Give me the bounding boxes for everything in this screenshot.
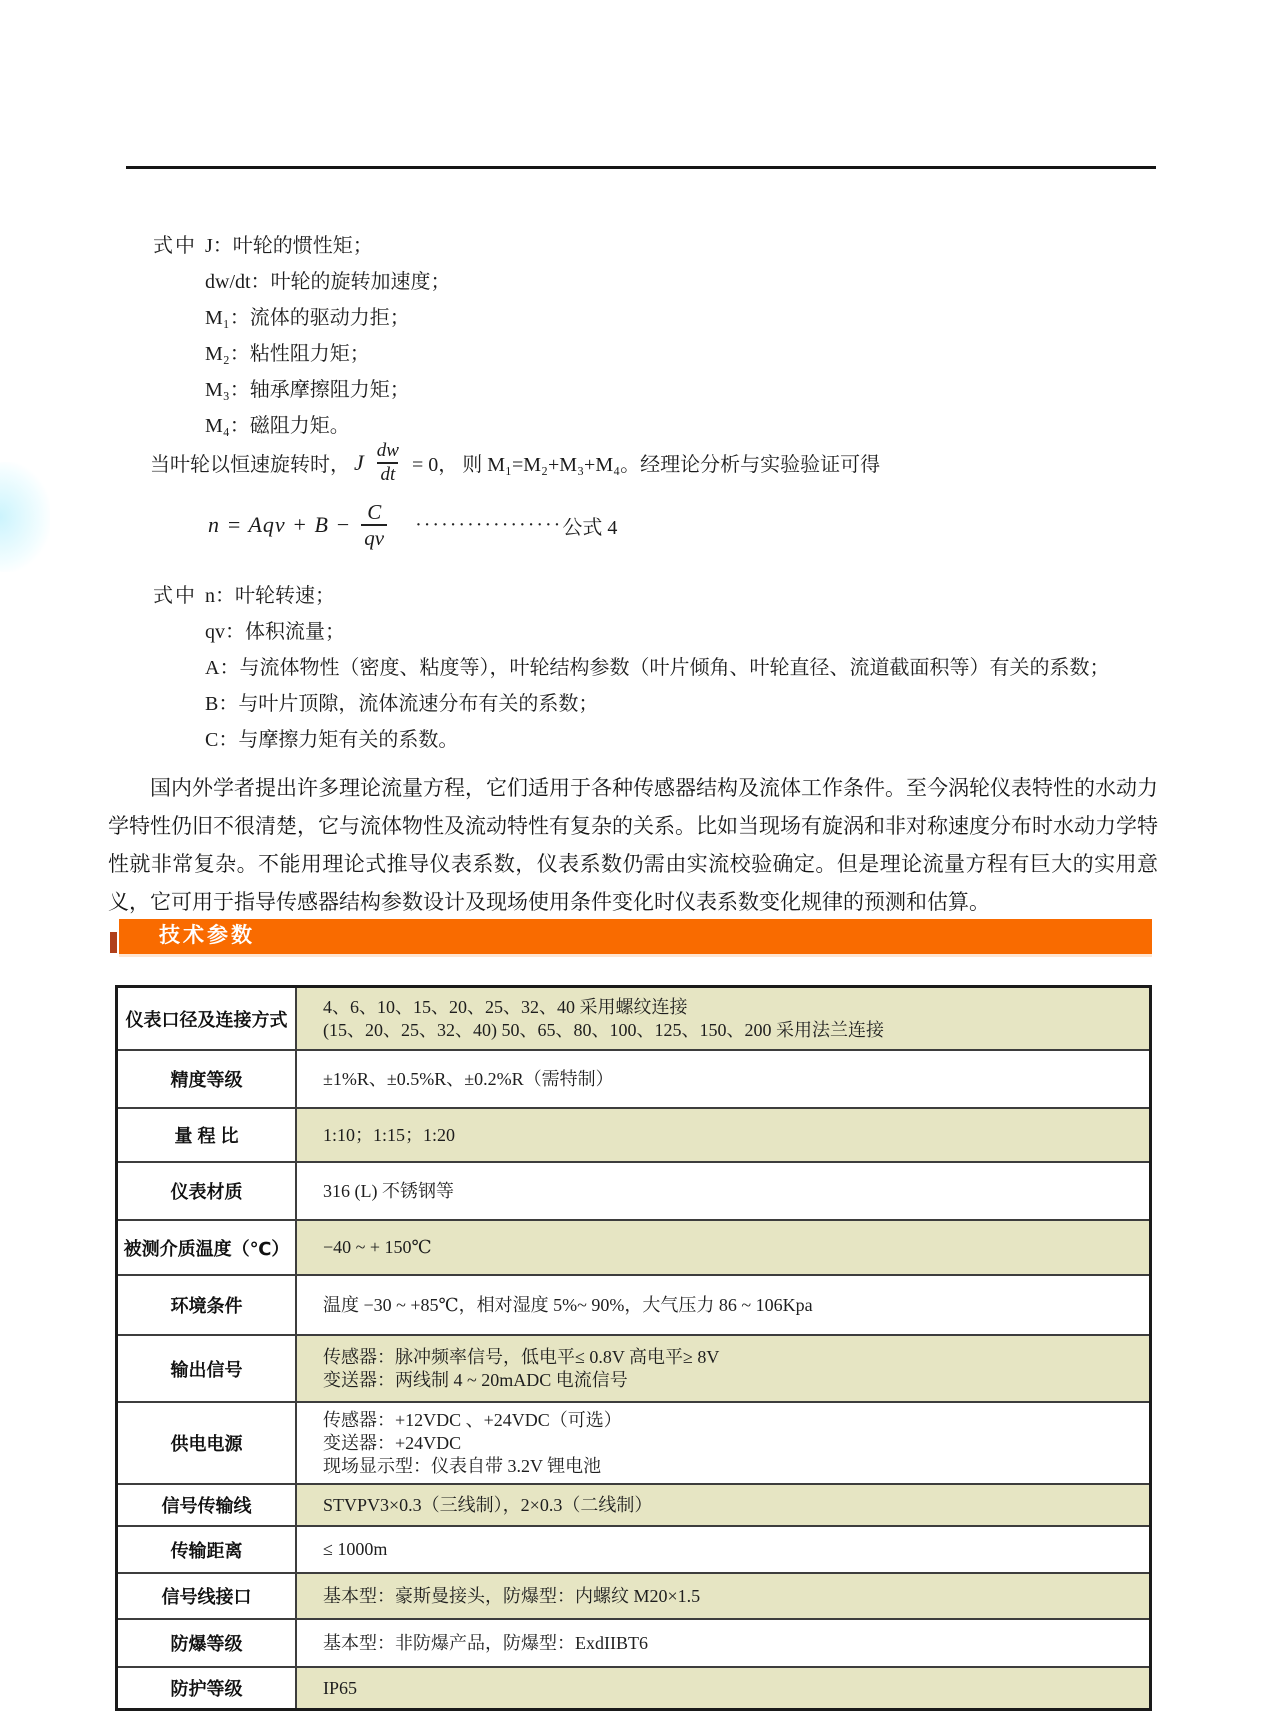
spec-value: 传感器：+12VDC 、+24VDC（可选）变送器：+24VDC现场显示型：仪表… xyxy=(296,1402,1151,1484)
definition-line: n：叶轮转速； xyxy=(205,578,1109,614)
formula-4: n = Aqv + B − C qv ················· 公式 … xyxy=(208,500,617,550)
definition-term: C： xyxy=(205,729,238,751)
formula-intro-text: 当叶轮以恒速旋转时， xyxy=(150,448,350,477)
spec-value-line: ≤ 1000m xyxy=(323,1538,1139,1561)
spec-table-row: 信号传输线 STVPV3×0.3（三线制），2×0.3（二线制） xyxy=(117,1484,1151,1526)
scan-artifact xyxy=(0,462,50,572)
spec-label: 防爆等级 xyxy=(117,1619,297,1667)
definition-term: J： xyxy=(205,235,233,257)
definition-description: 粘性阻力矩； xyxy=(250,343,370,365)
spec-value: 基本型：非防爆产品，防爆型：ExdIIBT6 xyxy=(296,1619,1151,1667)
definition-list: n：叶轮转速； qv：体积流量； A：与流体物性（密度、粘度等），叶轮结构参数（… xyxy=(205,578,1109,758)
definition-line: M₃：轴承摩擦阻力矩； xyxy=(205,372,451,408)
definition-description: 流体的驱动力拒； xyxy=(250,307,410,329)
fraction-denominator: dt xyxy=(377,462,398,486)
definition-term: B： xyxy=(205,693,238,715)
definition-description: 叶轮转速； xyxy=(235,585,335,607)
definition-line: B：与叶片顶隙，流体流速分布有关的系数； xyxy=(205,686,1109,722)
where-label: 式中 xyxy=(153,578,205,614)
spec-value-line: 传感器：脉冲频率信号，低电平≤ 0.8V 高电平≥ 8V xyxy=(323,1346,1139,1369)
formula3-definitions: 式中 J：叶轮的惯性矩； dw/dt：叶轮的旋转加速度； M₁：流体的驱动力拒；… xyxy=(153,228,451,444)
spec-label: 被测介质温度（℃） xyxy=(117,1220,297,1275)
spec-table-row: 被测介质温度（℃） −40 ~ + 150℃ xyxy=(117,1220,1151,1275)
definition-description: 与流体物性（密度、粘度等），叶轮结构参数（叶片倾角、叶轮直径、流道截面积等）有关… xyxy=(239,657,1109,679)
spec-value: STVPV3×0.3（三线制），2×0.3（二线制） xyxy=(296,1484,1151,1526)
fraction-dw-dt: dw dt xyxy=(374,440,402,486)
section-title: 技术参数 xyxy=(119,919,1152,953)
spec-value: 316 (L) 不锈钢等 xyxy=(296,1162,1151,1220)
formula-conclusion-text: 则 M₁=M₂+M₃+M₄。经理论分析与实验验证可得 xyxy=(462,448,880,477)
spec-value: 传感器：脉冲频率信号，低电平≤ 0.8V 高电平≥ 8V变送器：两线制 4 ~ … xyxy=(296,1335,1151,1402)
spec-value-line: 基本型：豪斯曼接头，防爆型：内螺纹 M20×1.5 xyxy=(323,1585,1139,1608)
spec-value: −40 ~ + 150℃ xyxy=(296,1220,1151,1275)
spec-table-row: 仪表口径及连接方式 4、6、10、15、20、25、32、40 采用螺纹连接(1… xyxy=(117,987,1151,1051)
definition-term: M₂： xyxy=(205,343,250,365)
section-header-bar: 技术参数 xyxy=(119,919,1152,954)
spec-value-line: 1:10；1:15；1:20 xyxy=(323,1124,1139,1147)
fraction-C-qv: C qv xyxy=(361,500,387,550)
spec-label: 信号线接口 xyxy=(117,1573,297,1619)
spec-label: 信号传输线 xyxy=(117,1484,297,1526)
spec-table-row: 防护等级 IP65 xyxy=(117,1667,1151,1710)
spec-value-line: 316 (L) 不锈钢等 xyxy=(323,1180,1139,1203)
spec-table-row: 仪表材质 316 (L) 不锈钢等 xyxy=(117,1162,1151,1220)
where-label: 式中 xyxy=(153,228,205,264)
formula4-lhs: n = Aqv + B − xyxy=(208,512,351,538)
spec-label: 仪表口径及连接方式 xyxy=(117,987,297,1051)
spec-table-row: 供电电源 传感器：+12VDC 、+24VDC（可选）变送器：+24VDC现场显… xyxy=(117,1402,1151,1484)
definition-term: M₁： xyxy=(205,307,250,329)
variable-J: J xyxy=(354,450,364,476)
definition-term: dw/dt： xyxy=(205,271,271,293)
spec-value-line: 温度 −30 ~ +85℃，相对湿度 5%~ 90%，大气压力 86 ~ 106… xyxy=(323,1294,1139,1317)
spec-table-row: 防爆等级 基本型：非防爆产品，防爆型：ExdIIBT6 xyxy=(117,1619,1151,1667)
spec-table-row: 传输距离 ≤ 1000m xyxy=(117,1526,1151,1573)
spec-value-line: IP65 xyxy=(323,1677,1139,1700)
definition-list: J：叶轮的惯性矩； dw/dt：叶轮的旋转加速度； M₁：流体的驱动力拒； M₂… xyxy=(205,228,451,444)
spec-table-row: 输出信号 传感器：脉冲频率信号，低电平≤ 0.8V 高电平≥ 8V变送器：两线制… xyxy=(117,1335,1151,1402)
spec-value: ≤ 1000m xyxy=(296,1526,1151,1573)
formula4-definitions: 式中 n：叶轮转速； qv：体积流量； A：与流体物性（密度、粘度等），叶轮结构… xyxy=(153,578,1109,758)
spec-label: 防护等级 xyxy=(117,1667,297,1710)
definition-description: 叶轮的旋转加速度； xyxy=(271,271,451,293)
spec-value-line: 基本型：非防爆产品，防爆型：ExdIIBT6 xyxy=(323,1632,1139,1655)
spec-value-line: 传感器：+12VDC 、+24VDC（可选） xyxy=(323,1409,1139,1432)
definition-line: M₂：粘性阻力矩； xyxy=(205,336,451,372)
definition-line: qv：体积流量； xyxy=(205,614,1109,650)
spec-table-row: 精度等级 ±1%R、±0.5%R、±0.2%R（需特制） xyxy=(117,1050,1151,1108)
spec-value-line: (15、20、25、32、40) 50、65、80、100、125、150、20… xyxy=(323,1019,1139,1042)
spec-value: ±1%R、±0.5%R、±0.2%R（需特制） xyxy=(296,1050,1151,1108)
fraction-numerator: dw xyxy=(374,440,402,462)
fraction-denominator: qv xyxy=(361,524,387,550)
body-paragraph: 国内外学者提出许多理论流量方程，它们适用于各种传感器结构及流体工作条件。至今涡轮… xyxy=(108,769,1158,921)
definition-line: M₄：磁阻力矩。 xyxy=(205,408,451,444)
spec-label: 量 程 比 xyxy=(117,1108,297,1162)
spec-value: 温度 −30 ~ +85℃，相对湿度 5%~ 90%，大气压力 86 ~ 106… xyxy=(296,1275,1151,1335)
spec-value: 1:10；1:15；1:20 xyxy=(296,1108,1151,1162)
spec-label: 传输距离 xyxy=(117,1526,297,1573)
fraction-numerator: C xyxy=(364,500,384,524)
definition-term: n： xyxy=(205,585,235,607)
spec-table: 仪表口径及连接方式 4、6、10、15、20、25、32、40 采用螺纹连接(1… xyxy=(115,985,1152,1711)
top-rule xyxy=(126,166,1156,169)
definition-term: qv： xyxy=(205,621,245,643)
definition-term: M₄： xyxy=(205,415,250,437)
spec-value-line: ±1%R、±0.5%R、±0.2%R（需特制） xyxy=(323,1068,1139,1091)
equals-zero: = 0， xyxy=(412,448,458,477)
spec-value-line: 变送器：+24VDC xyxy=(323,1432,1139,1455)
definition-line: A：与流体物性（密度、粘度等），叶轮结构参数（叶片倾角、叶轮直径、流道截面积等）… xyxy=(205,650,1109,686)
formula4-label: 公式 4 xyxy=(562,511,617,540)
spec-value: 4、6、10、15、20、25、32、40 采用螺纹连接(15、20、25、32… xyxy=(296,987,1151,1051)
document-page: 式中 J：叶轮的惯性矩； dw/dt：叶轮的旋转加速度； M₁：流体的驱动力拒；… xyxy=(0,0,1276,1719)
definition-description: 磁阻力矩。 xyxy=(250,415,350,437)
definition-term: M₃： xyxy=(205,379,250,401)
steady-state-formula: 当叶轮以恒速旋转时， J dw dt = 0， 则 M₁=M₂+M₃+M₄。经理… xyxy=(150,440,880,486)
spec-value-line: −40 ~ + 150℃ xyxy=(323,1236,1139,1259)
definition-description: 轴承摩擦阻力矩； xyxy=(250,379,410,401)
definition-description: 与叶片顶隙，流体流速分布有关的系数； xyxy=(238,693,598,715)
spec-label: 输出信号 xyxy=(117,1335,297,1402)
definition-term: A： xyxy=(205,657,239,679)
definition-description: 与摩擦力矩有关的系数。 xyxy=(238,729,458,751)
definition-description: 体积流量； xyxy=(245,621,345,643)
spec-label: 精度等级 xyxy=(117,1050,297,1108)
spec-value-line: 4、6、10、15、20、25、32、40 采用螺纹连接 xyxy=(323,996,1139,1019)
definition-line: C：与摩擦力矩有关的系数。 xyxy=(205,722,1109,758)
spec-value: IP65 xyxy=(296,1667,1151,1710)
spec-value-line: 现场显示型：仪表自带 3.2V 锂电池 xyxy=(323,1455,1139,1478)
definition-description: 叶轮的惯性矩； xyxy=(233,235,373,257)
spec-value-line: STVPV3×0.3（三线制），2×0.3（二线制） xyxy=(323,1494,1139,1517)
header-left-notch xyxy=(110,932,117,953)
spec-value-line: 变送器：两线制 4 ~ 20mADC 电流信号 xyxy=(323,1369,1139,1392)
spec-value: 基本型：豪斯曼接头，防爆型：内螺纹 M20×1.5 xyxy=(296,1573,1151,1619)
spec-table-row: 环境条件 温度 −30 ~ +85℃，相对湿度 5%~ 90%，大气压力 86 … xyxy=(117,1275,1151,1335)
definition-line: J：叶轮的惯性矩； xyxy=(205,228,451,264)
spec-label: 仪表材质 xyxy=(117,1162,297,1220)
spec-table-row: 量 程 比 1:10；1:15；1:20 xyxy=(117,1108,1151,1162)
spec-label: 环境条件 xyxy=(117,1275,297,1335)
definition-line: M₁：流体的驱动力拒； xyxy=(205,300,451,336)
definition-line: dw/dt：叶轮的旋转加速度； xyxy=(205,264,451,300)
spec-table-row: 信号线接口 基本型：豪斯曼接头，防爆型：内螺纹 M20×1.5 xyxy=(117,1573,1151,1619)
dotted-leader: ················· xyxy=(415,514,562,537)
spec-label: 供电电源 xyxy=(117,1402,297,1484)
